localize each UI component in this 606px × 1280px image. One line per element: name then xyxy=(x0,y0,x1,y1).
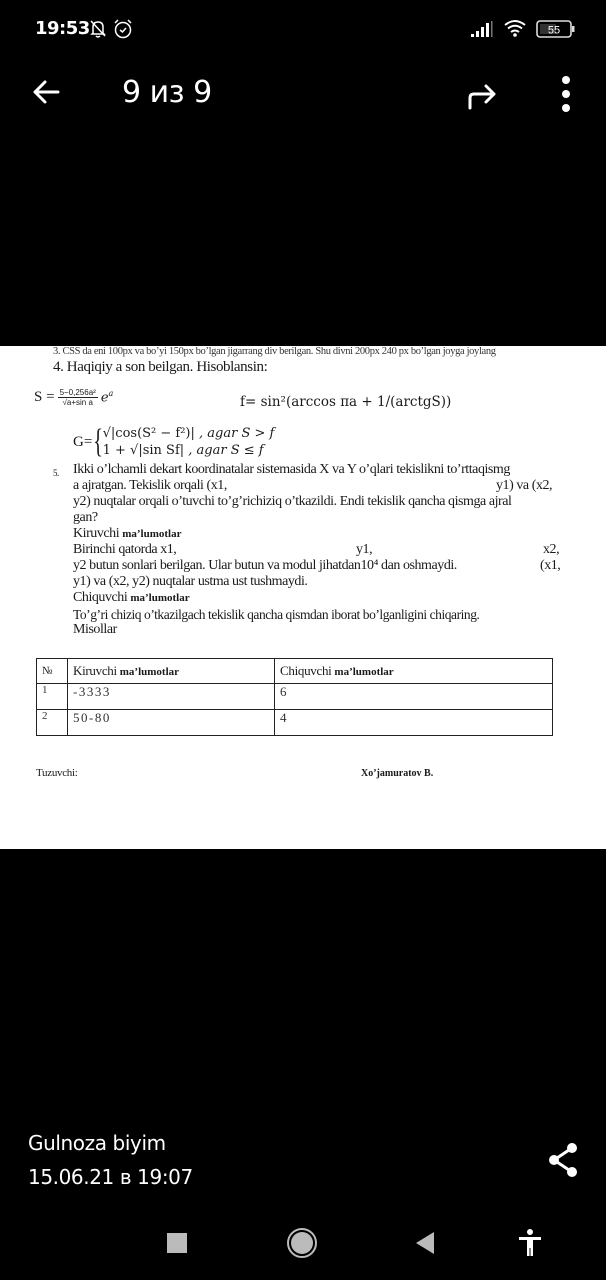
alarm-icon xyxy=(112,18,134,45)
author-label: Tuzuvchi: xyxy=(36,767,78,779)
formula-g-cases: √|cos(S² − f²)| , agar S > f 1 + √|sin S… xyxy=(103,425,275,459)
app-bar: 9 из 9 xyxy=(0,60,606,130)
header-output-a: Chiquvchi xyxy=(280,663,334,678)
back-button[interactable] xyxy=(28,72,68,112)
table-header-row: № Kiruvchi ma’lumotlar Chiquvchi ma’lumo… xyxy=(37,659,553,684)
formula-s-base: e xyxy=(101,391,109,406)
header-output: Chiquvchi ma’lumotlar xyxy=(275,659,553,684)
formula-f: f= sin²(arccos πa + 1/(arctgS)) xyxy=(240,394,451,410)
task-5-line-2b: y1) va (x2, xyxy=(496,478,552,494)
formula-s-exp: ea xyxy=(101,389,113,405)
status-time: 19:53 xyxy=(35,18,90,39)
output-heading: Chiquvchi ma’lumotlar xyxy=(73,590,190,606)
more-vertical-icon xyxy=(556,72,576,116)
home-button[interactable] xyxy=(285,1226,319,1260)
sender-name: Gulnoza biyim xyxy=(28,1131,166,1155)
examples-heading: Misollar xyxy=(73,622,117,638)
formula-g-lhs: G= xyxy=(73,434,92,451)
more-options-button[interactable] xyxy=(556,72,576,116)
wifi-icon xyxy=(503,18,527,43)
battery-icon: 55 xyxy=(536,19,576,44)
input-line-1b: y1, xyxy=(356,542,372,558)
formula-s-lhs: S = xyxy=(34,389,55,406)
row-input: -3333 xyxy=(68,684,275,710)
input-line-2a: y2 butun sonlari berilgan. Ular butun va… xyxy=(73,558,457,574)
case-2-condition: , agar S ≤ f xyxy=(188,443,263,458)
forward-button[interactable] xyxy=(462,76,502,116)
author-name: Xo’jamuratov B. xyxy=(361,768,433,779)
share-button[interactable] xyxy=(545,1140,581,1180)
row-input: 50-80 xyxy=(68,710,275,736)
home-icon xyxy=(285,1226,319,1260)
accessibility-button[interactable] xyxy=(513,1226,547,1260)
formula-s: S = 5−0,256a² √a+sin a ea xyxy=(34,388,113,407)
output-heading-a: Chiquvchi xyxy=(73,590,130,605)
input-line-1c: x2, xyxy=(543,542,559,558)
arrow-left-icon xyxy=(28,72,68,112)
recents-button[interactable] xyxy=(160,1226,194,1260)
input-line-1a: Birinchi qatorda x1, xyxy=(73,542,176,558)
header-output-b: ma’lumotlar xyxy=(334,666,393,678)
share-forward-icon xyxy=(462,76,502,116)
header-input-b: ma’lumotlar xyxy=(120,666,179,678)
system-nav-bar xyxy=(0,1210,606,1270)
row-output: 6 xyxy=(275,684,553,710)
case-1-expression: √|cos(S² − f²)| xyxy=(103,426,195,441)
table-row: 2 50-80 4 xyxy=(37,710,553,736)
formula-g-case-2: 1 + √|sin Sf| , agar S ≤ f xyxy=(103,442,275,459)
formula-g: G= { √|cos(S² − f²)| , agar S > f 1 + √|… xyxy=(73,425,274,459)
task-5-line-3: y2) nuqtalar orqali o’tuvchi to’g’richiz… xyxy=(73,494,511,510)
input-heading-b: ma’lumotlar xyxy=(122,528,181,540)
task-5-line-1: Ikki o’lchamli dekart koordinatalar sist… xyxy=(73,462,510,478)
header-input: Kiruvchi ma’lumotlar xyxy=(68,659,275,684)
formula-s-denominator: √a+sin a xyxy=(60,398,94,407)
share-icon xyxy=(545,1140,581,1180)
case-2-expression: 1 + √|sin Sf| xyxy=(103,443,185,458)
task-5-number: 5. xyxy=(53,465,59,481)
header-number: № xyxy=(37,659,68,684)
row-output: 4 xyxy=(275,710,553,736)
output-line: To’g’ri chiziq o’tkazilgach tekislik qan… xyxy=(73,607,479,623)
task-4-text: 4. Haqiqiy a son beilgan. Hisoblansin: xyxy=(53,359,267,376)
status-bar: 19:53 55 xyxy=(0,0,606,60)
case-1-condition: , agar S > f xyxy=(199,426,274,441)
task-5-line-4: gan? xyxy=(73,510,98,526)
document-image[interactable]: 3. CSS da eni 100px va bo’yi 150px bo’lg… xyxy=(0,346,606,849)
formula-s-numerator: 5−0,256a² xyxy=(58,388,98,398)
output-heading-b: ma’lumotlar xyxy=(130,592,189,604)
notifications-muted-icon xyxy=(89,19,107,44)
formula-s-exponent: a xyxy=(109,389,114,398)
accessibility-icon xyxy=(513,1226,547,1260)
message-date: 15.06.21 в 19:07 xyxy=(28,1165,193,1189)
back-triangle-icon xyxy=(408,1226,442,1260)
input-line-2b: (x1, xyxy=(540,558,560,574)
input-heading-a: Kiruvchi xyxy=(73,526,122,541)
row-number: 1 xyxy=(37,684,68,710)
examples-table: № Kiruvchi ma’lumotlar Chiquvchi ma’lumo… xyxy=(36,658,553,736)
page-counter-title: 9 из 9 xyxy=(122,75,212,110)
task-3-text: 3. CSS da eni 100px va bo’yi 150px bo’lg… xyxy=(53,346,496,357)
formula-g-case-1: √|cos(S² − f²)| , agar S > f xyxy=(103,425,275,442)
signal-icon xyxy=(470,20,494,43)
formula-s-fraction: 5−0,256a² √a+sin a xyxy=(58,388,98,407)
row-number: 2 xyxy=(37,710,68,736)
input-line-3: y1) va (x2, y2) nuqtalar ustma ust tushm… xyxy=(73,574,307,590)
input-heading: Kiruvchi ma’lumotlar xyxy=(73,526,181,542)
task-5-line-2a: a ajratgan. Tekislik orqali (x1, xyxy=(73,478,227,494)
table-row: 1 -3333 6 xyxy=(37,684,553,710)
back-nav-button[interactable] xyxy=(408,1226,442,1260)
battery-level: 55 xyxy=(548,25,560,37)
formula-g-brace: { xyxy=(94,425,104,459)
recents-icon xyxy=(160,1226,194,1260)
header-input-a: Kiruvchi xyxy=(73,663,120,678)
